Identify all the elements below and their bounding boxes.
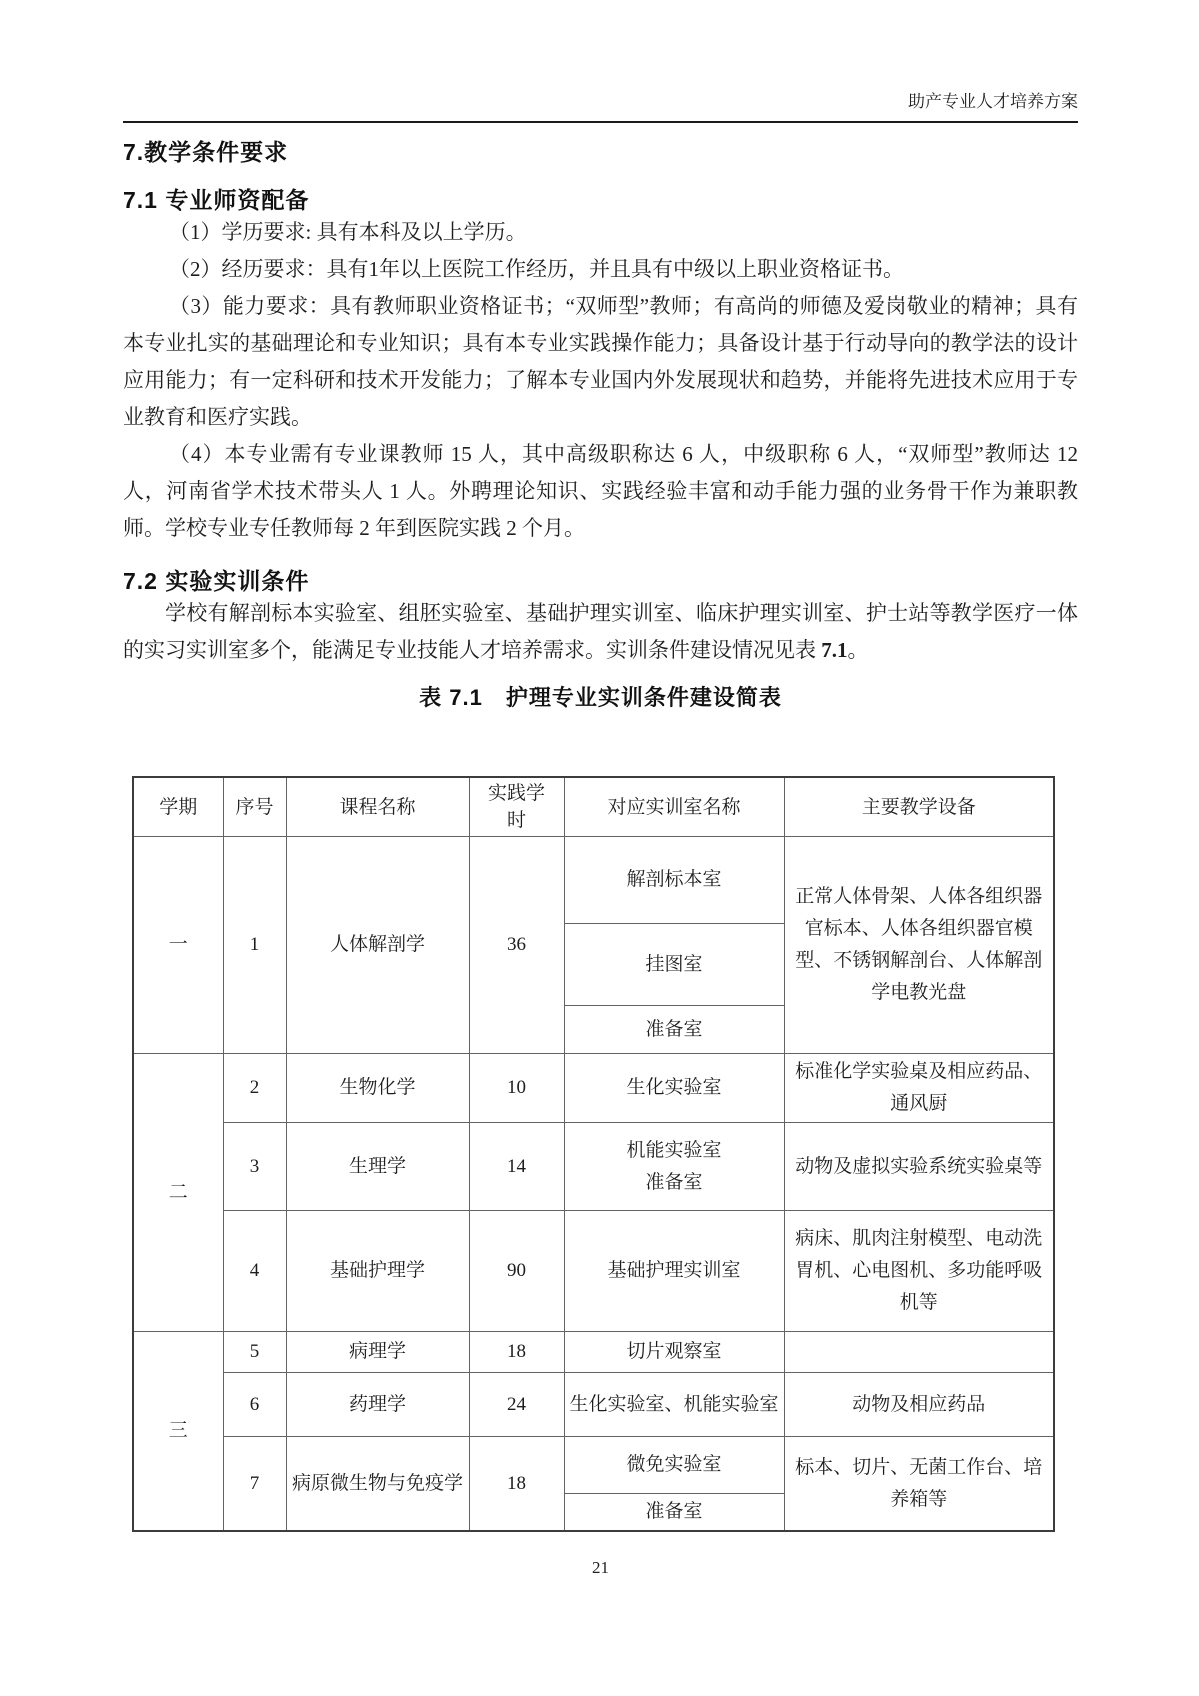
heading-7-1: 7.1 专业师资配备 (123, 187, 1078, 214)
cell-no: 7 (223, 1437, 286, 1532)
paragraph-training-rooms: 学校有解剖标本实验室、组胚实验室、基础护理实训室、临床护理实训室、护士站等教学医… (123, 595, 1078, 669)
cell-equipment: 动物及相应药品 (784, 1373, 1054, 1437)
cell-hours: 18 (469, 1332, 564, 1373)
cell-semester-1: 一 (133, 837, 223, 1054)
cell-hours: 10 (469, 1054, 564, 1123)
cell-course: 人体解剖学 (286, 837, 469, 1054)
table-row: 4 基础护理学 90 基础护理实训室 病床、肌肉注射模型、电动洗胃机、心电图机、… (133, 1211, 1054, 1332)
paragraph-training-rooms-end: 。 (848, 638, 869, 662)
table-row: 7 病原微生物与免疫学 18 微免实验室 标本、切片、无菌工作台、培养箱等 (133, 1437, 1054, 1494)
col-header-lab-name: 对应实训室名称 (564, 777, 784, 837)
cell-course: 基础护理学 (286, 1211, 469, 1332)
cell-course: 病理学 (286, 1332, 469, 1373)
heading-7: 7.教学条件要求 (123, 139, 1078, 166)
paragraph-staffing-numbers: （4）本专业需有专业课教师 15 人，其中高级职称达 6 人，中级职称 6 人，… (123, 436, 1078, 547)
table-row: 一 1 人体解剖学 36 解剖标本室 正常人体骨架、人体各组织器官标本、人体各组… (133, 837, 1054, 924)
col-header-practice-hours: 实践学时 (469, 777, 564, 837)
cell-lab: 生化实验室、机能实验室 (564, 1373, 784, 1437)
cell-hours: 14 (469, 1123, 564, 1211)
document-page: { "colors": { "text": "#1d1d1d", "rule":… (0, 0, 1199, 1696)
cell-lab: 生化实验室 (564, 1054, 784, 1123)
col-header-course: 课程名称 (286, 777, 469, 837)
table-title: 表 7.1 护理专业实训条件建设简表 (123, 684, 1078, 711)
cell-no: 6 (223, 1373, 286, 1437)
cell-equipment: 正常人体骨架、人体各组织器官标本、人体各组织器官模型、不锈钢解剖台、人体解剖学电… (784, 837, 1054, 1054)
col-header-number: 序号 (223, 777, 286, 837)
cell-hours: 90 (469, 1211, 564, 1332)
paragraph-experience-requirement: （2）经历要求：具有1年以上医院工作经历，并且具有中级以上职业资格证书。 (123, 251, 1078, 288)
running-header-title: 助产专业人才培养方案 (908, 92, 1078, 111)
table-row: 3 生理学 14 机能实验室 准备室 动物及虚拟实验系统实验桌等 (133, 1123, 1054, 1211)
page-number: 21 (123, 1558, 1078, 1578)
table-row: 6 药理学 24 生化实验室、机能实验室 动物及相应药品 (133, 1373, 1054, 1437)
cell-no: 4 (223, 1211, 286, 1332)
col-header-equipment: 主要教学设备 (784, 777, 1054, 837)
cell-hours: 18 (469, 1437, 564, 1532)
cell-course: 病原微生物与免疫学 (286, 1437, 469, 1532)
cell-no: 1 (223, 837, 286, 1054)
table-row: 三 5 病理学 18 切片观察室 (133, 1332, 1054, 1373)
running-header: 助产专业人才培养方案 (123, 0, 1078, 123)
cell-lab: 解剖标本室 (564, 837, 784, 924)
cell-lab: 挂图室 (564, 924, 784, 1006)
cell-course: 生物化学 (286, 1054, 469, 1123)
page-content: 助产专业人才培养方案 7.教学条件要求 7.1 专业师资配备 （1）学历要求: … (123, 0, 1078, 1578)
table-reference-number: 7.1 (821, 638, 847, 662)
cell-equipment (784, 1332, 1054, 1373)
cell-no: 3 (223, 1123, 286, 1211)
cell-semester-2: 二 (133, 1054, 223, 1332)
cell-course: 生理学 (286, 1123, 469, 1211)
training-conditions-table: 学期 序号 课程名称 实践学时 对应实训室名称 主要教学设备 一 1 人体解剖学… (132, 776, 1055, 1532)
cell-course: 药理学 (286, 1373, 469, 1437)
cell-hours: 36 (469, 837, 564, 1054)
cell-hours: 24 (469, 1373, 564, 1437)
cell-no: 5 (223, 1332, 286, 1373)
heading-7-2: 7.2 实验实训条件 (123, 568, 1078, 595)
cell-lab: 切片观察室 (564, 1332, 784, 1373)
cell-lab: 机能实验室 准备室 (564, 1123, 784, 1211)
cell-equipment: 标本、切片、无菌工作台、培养箱等 (784, 1437, 1054, 1532)
cell-equipment: 病床、肌肉注射模型、电动洗胃机、心电图机、多功能呼吸机等 (784, 1211, 1054, 1332)
paragraph-degree-requirement: （1）学历要求: 具有本科及以上学历。 (123, 214, 1078, 251)
cell-no: 2 (223, 1054, 286, 1123)
table-header-row: 学期 序号 课程名称 实践学时 对应实训室名称 主要教学设备 (133, 777, 1054, 837)
cell-lab: 准备室 (564, 1006, 784, 1054)
cell-equipment: 动物及虚拟实验系统实验桌等 (784, 1123, 1054, 1211)
cell-semester-3: 三 (133, 1332, 223, 1532)
cell-lab: 基础护理实训室 (564, 1211, 784, 1332)
paragraph-ability-requirement: （3）能力要求：具有教师职业资格证书；“双师型”教师；有高尚的师德及爱岗敬业的精… (123, 288, 1078, 436)
cell-lab: 准备室 (564, 1494, 784, 1532)
col-header-semester: 学期 (133, 777, 223, 837)
cell-equipment: 标准化学实验桌及相应药品、通风厨 (784, 1054, 1054, 1123)
paragraph-training-rooms-text: 学校有解剖标本实验室、组胚实验室、基础护理实训室、临床护理实训室、护士站等教学医… (123, 601, 1078, 662)
cell-lab: 微免实验室 (564, 1437, 784, 1494)
table-row: 二 2 生物化学 10 生化实验室 标准化学实验桌及相应药品、通风厨 (133, 1054, 1054, 1123)
